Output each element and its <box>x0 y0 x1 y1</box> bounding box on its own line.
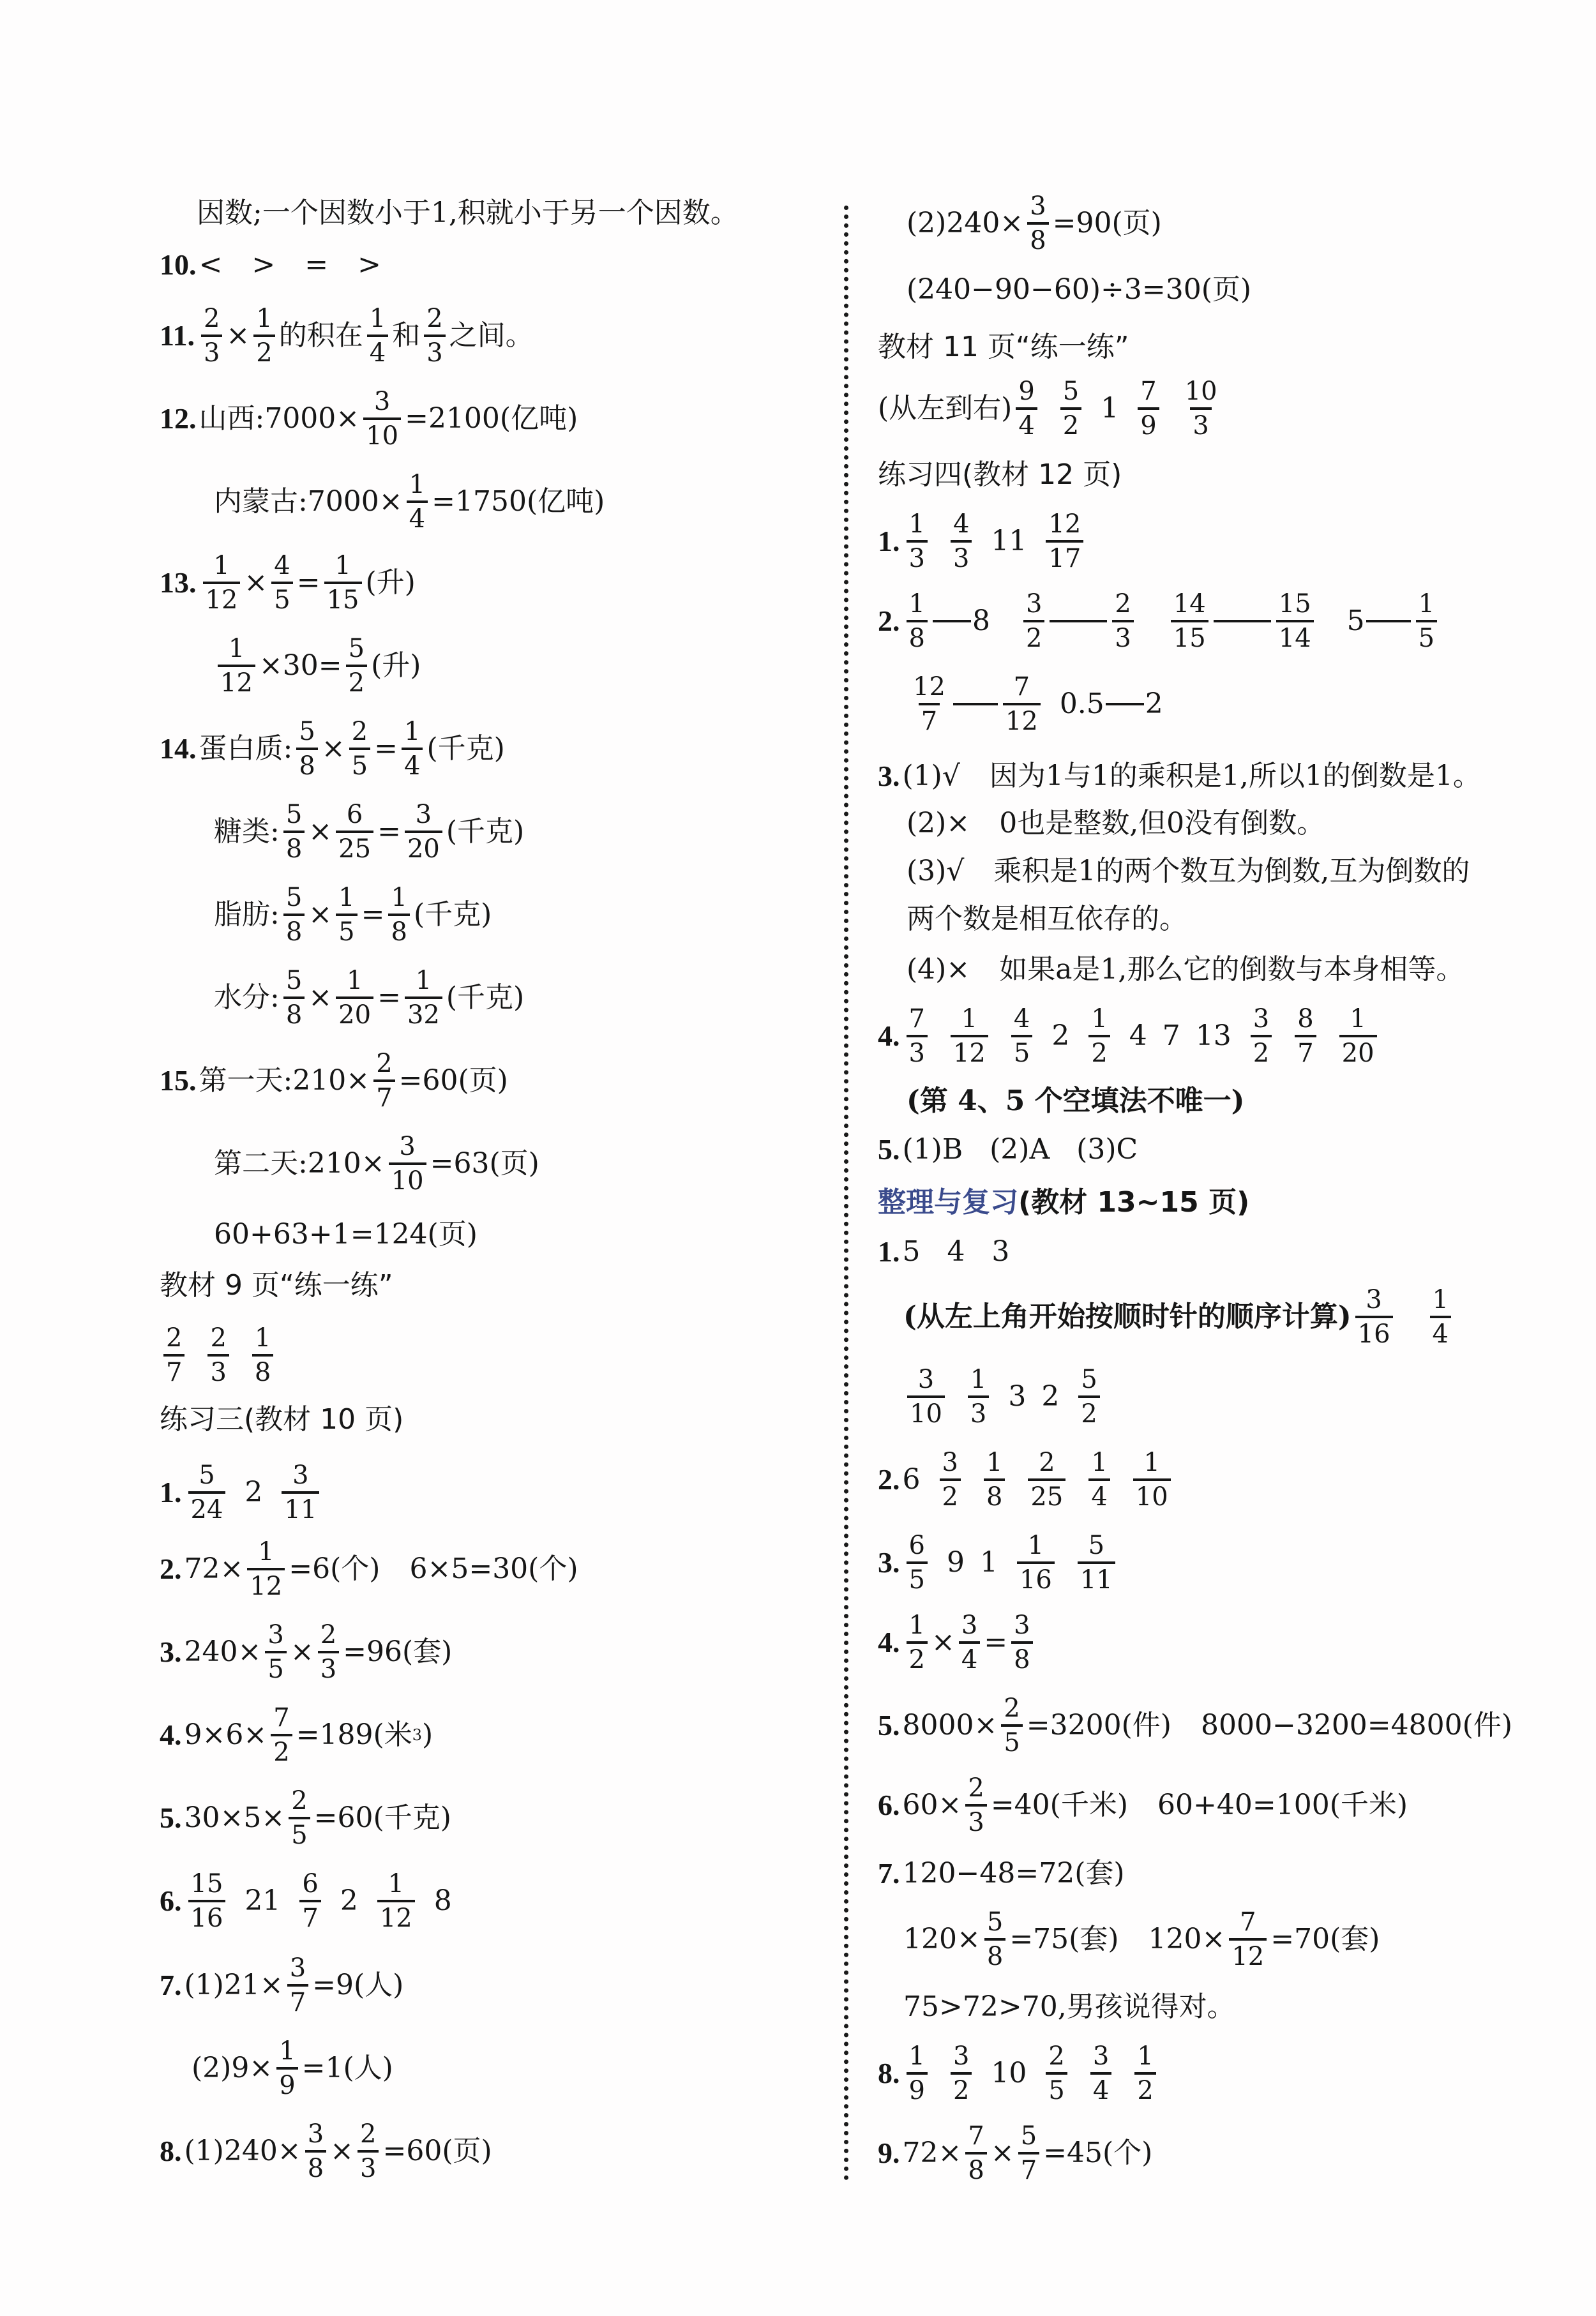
review-q4: 4. 12 × 34 = 38 <box>878 1612 1037 1673</box>
answer: > <box>358 251 381 279</box>
question-number: 14. <box>160 734 197 763</box>
ex3-q7-line2: (2)9× 19 =1(人) <box>192 2038 393 2099</box>
q14-row: 脂肪: 58× 15= 18 (千克) <box>214 884 492 945</box>
answer: = <box>305 251 328 279</box>
q13-line2: 112 ×30= 52 (升) <box>214 635 421 696</box>
review-q6: 6. 60× 23 =40(千米) 60+40=100(千米) <box>878 1775 1408 1836</box>
ex4-q3-item: (4)× 如果a是1,那么它的倒数与本身相等。 <box>907 956 1464 984</box>
review-q3: 3. 65 9 1 116 511 <box>878 1532 1119 1593</box>
review-q1-line2: (从左上角开始按顺时针的顺序计算) 316 14 <box>903 1286 1455 1348</box>
review-q1-line1: 1. 5 4 3 <box>878 1237 1009 1267</box>
ex4-q4: 4. 73 112 45 2 12 4 7 13 32 87 120 <box>878 1005 1381 1067</box>
review-q9: 9. 72× 78× 57 =45(个) <box>878 2123 1152 2184</box>
p9-answers: 27 23 18 <box>160 1325 277 1386</box>
review-q5: 5. 8000× 25 =3200(件) 8000−3200=4800(件) <box>878 1695 1512 1756</box>
ex4-q3-item: (2)× 0也是整数,但0没有倒数。 <box>907 809 1325 838</box>
ex3-q7-line1: 7. (1)21× 37 =9(人) <box>160 1955 403 2016</box>
q15-line2: 第二天:210× 310 =63(页) <box>214 1133 539 1194</box>
intro-line: 因数;一个因数小于1,积就小于另一个因数。 <box>197 199 739 227</box>
q15-line1: 15. 第一天:210× 27 =60(页) <box>160 1050 508 1111</box>
section-heading-ex3: 练习三(教材 10 页) <box>160 1406 403 1434</box>
fraction: 23 <box>424 305 445 366</box>
q10: 10. < > = > <box>160 250 381 280</box>
question-number: 13. <box>160 568 197 598</box>
q8-cont-line2: (240−90−60)÷3=30(页) <box>907 276 1251 304</box>
answer: < <box>199 251 223 279</box>
question-number: 12. <box>160 404 197 433</box>
ex3-q5: 5. 30×5× 25 =60(千克) <box>160 1787 451 1849</box>
q14-row: 14. 蛋白质: 58× 25= 14 (千克) <box>160 718 505 779</box>
ex4-q4-note: (第 4、5 个空填法不唯一) <box>907 1087 1245 1115</box>
q11: 11. 23 × 12 的积在 14 和 23 之间。 <box>160 305 534 366</box>
section-heading-p11: 教材 11 页“练一练” <box>878 333 1129 361</box>
review-q7-line2: 120× 58 =75(套) 120× 712 =70(套) <box>903 1909 1380 1970</box>
ex4-q2-row1: 2. 188 3223 14151514 515 <box>878 590 1441 652</box>
question-number: 11. <box>160 321 195 350</box>
review-q7-line3: 75>72>70,男孩说得对。 <box>903 1993 1235 2021</box>
ex4-q2-row2: 127712 0.52 <box>907 673 1163 735</box>
fraction: 23 <box>201 305 222 366</box>
review-q7-line1: 7. 120−48=72(套) <box>878 1859 1125 1888</box>
ex4-q1: 1. 13 43 11 1217 <box>878 511 1087 572</box>
q14-row: 水分: 58× 120= 132 (千克) <box>214 967 524 1028</box>
q12-line2: 内蒙古:7000× 14 =1750(亿吨) <box>214 471 605 532</box>
review-q8: 8. 19 32 10 25 34 12 <box>878 2043 1160 2104</box>
section-heading-ex4: 练习四(教材 12 页) <box>878 461 1122 489</box>
ex3-q6: 6. 1516 21 67 2 112 8 <box>160 1870 452 1932</box>
ex4-q3-item: (3)√ 乘积是1的两个数互为倒数,互为倒数的 <box>907 857 1470 885</box>
ex4-q3-item: 3. (1)√ 因为1与1的乘积是1,所以1的倒数是1。 <box>878 762 1481 791</box>
review-q2: 2. 6 32 18 225 14 110 <box>878 1449 1175 1510</box>
section-heading-review: 整理与复习(教材 13~15 页) <box>878 1189 1249 1217</box>
q15-line3: 60+63+1=124(页) <box>214 1221 478 1249</box>
q8-cont-line1: (2)240× 38 =90(页) <box>907 193 1162 254</box>
fraction: 14 <box>367 305 388 366</box>
fraction: 12 <box>253 305 275 366</box>
answer: > <box>252 251 275 279</box>
fraction: 310 <box>363 388 401 449</box>
section-heading-p9: 教材 9 页“练一练” <box>160 1272 393 1300</box>
ex3-q4: 4. 9×6× 72 =189(米3) <box>160 1704 433 1766</box>
ex3-q1: 1. 524 2 311 <box>160 1462 323 1523</box>
question-number: 15. <box>160 1066 197 1095</box>
review-q1-line3: 310 13 3 2 52 <box>903 1366 1104 1427</box>
ex4-q5: 5. (1)B (2)A (3)C <box>878 1135 1138 1164</box>
ex3-q2: 2. 72× 112 =6(个) 6×5=30(个) <box>160 1538 578 1600</box>
ex3-q8: 8. (1)240× 38× 23 =60(页) <box>160 2121 492 2182</box>
q13-line1: 13. 112 × 45 = 115 (升) <box>160 552 416 613</box>
p11-answers: (从左到右) 94 52 1 79 103 <box>878 378 1224 439</box>
ex4-q3-item-cont: 两个数是相互依存的。 <box>907 905 1187 933</box>
question-number: 10. <box>160 250 197 280</box>
fraction: 14 <box>407 471 428 532</box>
intro-text: 因数;一个因数小于1,积就小于另一个因数。 <box>197 199 739 227</box>
ex3-q3: 3. 240× 35× 23 =96(套) <box>160 1621 452 1683</box>
q12-line1: 12. 山西:7000× 310 =2100(亿吨) <box>160 388 578 449</box>
q14-row: 糖类: 58× 625= 320 (千克) <box>214 801 524 862</box>
column-divider <box>844 206 848 2181</box>
